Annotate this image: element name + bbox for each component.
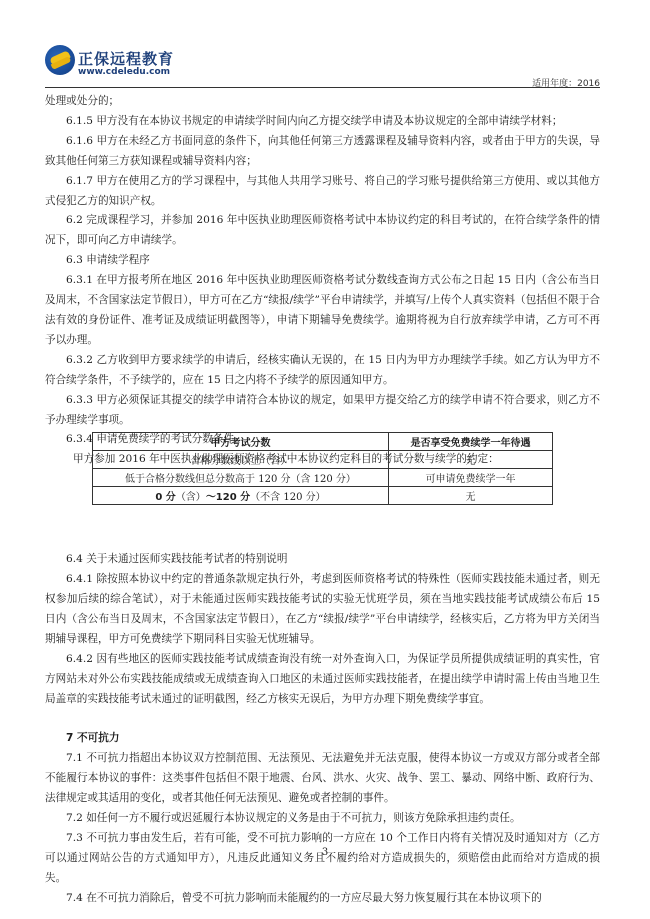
page-number: 3 [0, 847, 650, 858]
clause-6-3-heading: 6.3 申请续学程序 [45, 251, 600, 271]
page-header: 正保远程教育 www.cdeledu.com 适用年度：2016 [45, 45, 600, 87]
header-score: 甲方考试分数 [93, 433, 389, 451]
clause-6-1-6: 6.1.6 甲方在未经乙方书面同意的条件下，向其他任何第三方透露课程及辅导资料内… [45, 132, 600, 172]
clause-6-1-7: 6.1.7 甲方在使用乙方的学习课程中，与其他人共用学习账号、将自己的学习账号提… [45, 172, 600, 212]
cell-benefit: 可申请免费续学一年 [389, 469, 553, 487]
cell-score: 合格分数线以上（含） [93, 451, 389, 469]
clause-7-3: 7.3 不可抗力事由发生后，若有可能，受不可抗力影响的一方应在 10 个工作日内… [45, 829, 600, 889]
brand-url: www.cdeledu.com [78, 67, 170, 77]
clause-6-3-3: 6.3.3 甲方必须保证其提交的续学申请符合本协议的规定，如果甲方提交给乙方的续… [45, 391, 600, 431]
cell-benefit: 无 [389, 451, 553, 469]
clause-6-3-2: 6.3.2 乙方收到甲方要求续学的申请后，经核实确认无误的，在 15 日内为甲方… [45, 351, 600, 391]
section-spacer [45, 709, 600, 729]
table-row: 0 分（含）～120 分（不含 120 分） 无 [93, 487, 553, 505]
clause-6-4-heading: 6.4 关于未通过医师实践技能考试者的特别说明 [45, 550, 600, 570]
clause-7-2: 7.2 如任何一方不履行或迟延履行本协议规定的义务是由于不可抗力，则该方免除承担… [45, 809, 600, 829]
cdeledu-logo-icon [45, 45, 75, 75]
score-low-note: （含） [176, 492, 206, 503]
clause-6-1-5: 6.1.5 甲方没有在本协议书规定的申请续学时间内向乙方提交续学申请及本协议规定… [45, 112, 600, 132]
section-7-heading: 7 不可抗力 [45, 729, 600, 749]
score-conditions-table: 甲方考试分数 是否享受免费续学一年待遇 合格分数线以上（含） 无 低于合格分数线… [92, 432, 553, 505]
header-benefit: 是否享受免费续学一年待遇 [389, 433, 553, 451]
table-row: 合格分数线以上（含） 无 [93, 451, 553, 469]
score-high-bold: ～120 分 [206, 492, 250, 503]
clause-6-2: 6.2 完成课程学习，并参加 2016 年中医执业助理医师资格考试中本协议约定的… [45, 211, 600, 251]
clause-6-4-1: 6.4.1 除按照本协议中约定的普通条款规定执行外，考虑到医师资格考试的特殊性（… [45, 570, 600, 650]
brand-name: 正保远程教育 [78, 48, 174, 69]
cell-score: 低于合格分数线但总分数高于 120 分（含 120 分） [93, 469, 389, 487]
clause-6-3-1: 6.3.1 在甲方报考所在地区 2016 年中医执业助理医师资格考试分数线查询方… [45, 271, 600, 351]
cell-score: 0 分（含）～120 分（不含 120 分） [93, 487, 389, 505]
score-low-bold: 0 分 [155, 492, 175, 503]
header-divider [45, 87, 600, 88]
paragraph-continuation: 处理或处分的； [45, 92, 600, 112]
cell-benefit: 无 [389, 487, 553, 505]
clause-7-1: 7.1 不可抗力指超出本协议双方控制范围、无法预见、无法避免并无法克服，使得本协… [45, 749, 600, 809]
score-high-note: （不含 120 分） [250, 492, 325, 503]
table-row: 低于合格分数线但总分数高于 120 分（含 120 分） 可申请免费续学一年 [93, 469, 553, 487]
clause-7-4: 7.4 在不可抗力消除后，曾受不可抗力影响而未能履约的一方应尽最大努力恢复履行其… [45, 889, 600, 909]
clause-6-4-2: 6.4.2 因有些地区的医师实践技能考试成绩查询没有统一对外查询入口，为保证学员… [45, 650, 600, 710]
table-header-row: 甲方考试分数 是否享受免费续学一年待遇 [93, 433, 553, 451]
